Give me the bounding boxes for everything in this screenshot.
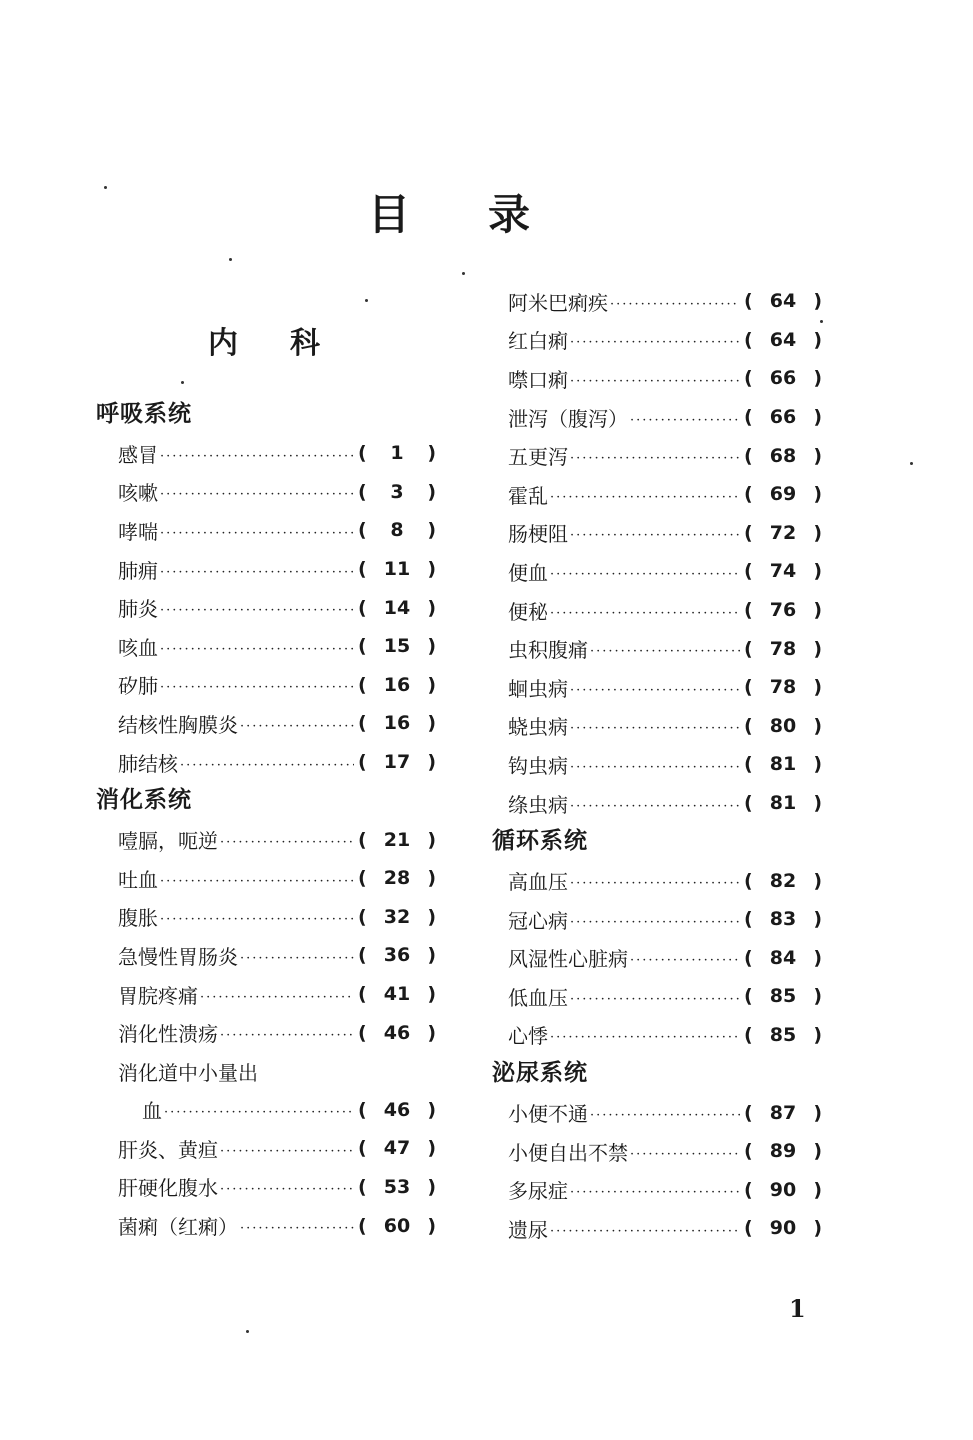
entry-page-number: 72 bbox=[753, 522, 814, 544]
leader-dots: ········································… bbox=[630, 414, 740, 427]
entry-title: 感冒 bbox=[118, 439, 158, 468]
toc-entry[interactable]: 钩虫病·····································… bbox=[492, 745, 822, 784]
toc-entry[interactable]: 肝硬化腹水···································… bbox=[96, 1168, 436, 1207]
title-char-2: 录 bbox=[488, 182, 530, 242]
leader-dots: ········································… bbox=[630, 954, 740, 967]
entry-title: 消化性溃疡 bbox=[118, 1018, 218, 1047]
leader-dots: ········································… bbox=[240, 1222, 354, 1235]
close-paren: ) bbox=[427, 1022, 436, 1044]
department-char-2: 科 bbox=[290, 326, 320, 361]
toc-entry[interactable]: 肺结核·····································… bbox=[96, 743, 436, 782]
scan-speck bbox=[229, 258, 232, 261]
entry-page-number: 68 bbox=[753, 445, 814, 467]
leader-dots: ········································… bbox=[220, 1183, 354, 1196]
open-paren: ( bbox=[744, 367, 753, 389]
entry-title: 霍乱 bbox=[508, 480, 548, 509]
entry-page-number: 87 bbox=[753, 1102, 814, 1124]
entry-page-number: 66 bbox=[753, 406, 814, 428]
toc-entry[interactable]: 咳嗽······································… bbox=[96, 473, 436, 512]
page-title: 目录 bbox=[368, 182, 530, 242]
scan-speck bbox=[462, 272, 465, 275]
close-paren: ) bbox=[813, 1179, 822, 1201]
entry-page-number: 64 bbox=[753, 290, 814, 312]
entry-title: 心悸 bbox=[508, 1020, 548, 1049]
leader-dots: ········································… bbox=[550, 1031, 740, 1044]
entry-page-ref: (46) bbox=[358, 1022, 436, 1044]
close-paren: ) bbox=[813, 290, 822, 312]
entry-title: 冠心病 bbox=[508, 905, 568, 934]
entry-title: 咳嗽 bbox=[118, 477, 158, 506]
open-paren: ( bbox=[358, 1099, 367, 1121]
leader-dots: ········································… bbox=[630, 1148, 740, 1161]
entry-page-ref: (1) bbox=[358, 442, 436, 464]
entry-title: 小便自出不禁 bbox=[508, 1137, 628, 1166]
open-paren: ( bbox=[744, 1217, 753, 1239]
entry-page-ref: (41) bbox=[358, 983, 436, 1005]
close-paren: ) bbox=[427, 635, 436, 657]
entry-title: 泄泻（腹泻） bbox=[508, 403, 628, 432]
leader-dots: ········································… bbox=[220, 836, 354, 849]
close-paren: ) bbox=[427, 867, 436, 889]
entry-page-number: 41 bbox=[367, 983, 428, 1005]
entry-page-number: 90 bbox=[753, 1179, 814, 1201]
close-paren: ) bbox=[813, 870, 822, 892]
entry-title: 高血压 bbox=[508, 866, 568, 895]
entry-page-number: 76 bbox=[753, 599, 814, 621]
leader-dots: ········································… bbox=[570, 1186, 740, 1199]
entry-page-number: 81 bbox=[753, 753, 814, 775]
entry-page-number: 82 bbox=[753, 870, 814, 892]
toc-entry[interactable]: 肠梗阻·····································… bbox=[492, 514, 822, 553]
entry-title: 蛔虫病 bbox=[508, 673, 568, 702]
leader-dots: ········································… bbox=[610, 298, 740, 311]
entry-title: 哮喘 bbox=[118, 516, 158, 545]
entry-page-ref: (81) bbox=[744, 792, 822, 814]
entry-title: 肠梗阻 bbox=[508, 518, 568, 547]
toc-entry[interactable]: 阿米巴痢疾···································… bbox=[492, 282, 822, 321]
close-paren: ) bbox=[427, 558, 436, 580]
entry-page-number: 78 bbox=[753, 676, 814, 698]
close-paren: ) bbox=[813, 560, 822, 582]
entry-page-number: 1 bbox=[367, 442, 428, 464]
open-paren: ( bbox=[358, 519, 367, 541]
toc-entry[interactable]: 腹胀······································… bbox=[96, 898, 436, 937]
entry-title: 阿米巴痢疾 bbox=[508, 287, 608, 316]
toc-entry[interactable]: 低血压·····································… bbox=[492, 977, 822, 1016]
entry-page-ref: (16) bbox=[358, 674, 436, 696]
toc-entry[interactable]: 吐血······································… bbox=[96, 859, 436, 898]
leader-dots: ········································… bbox=[160, 450, 354, 463]
close-paren: ) bbox=[427, 442, 436, 464]
close-paren: ) bbox=[813, 1102, 822, 1124]
open-paren: ( bbox=[358, 944, 367, 966]
close-paren: ) bbox=[427, 944, 436, 966]
toc-entry[interactable]: 血·······································… bbox=[96, 1091, 436, 1130]
leader-dots: ········································… bbox=[160, 566, 354, 579]
leader-dots: ········································… bbox=[570, 684, 740, 697]
leader-dots: ········································… bbox=[570, 993, 740, 1006]
entry-page-number: 46 bbox=[367, 1099, 428, 1121]
close-paren: ) bbox=[427, 983, 436, 1005]
entry-page-number: 14 bbox=[367, 597, 428, 619]
page-number: 1 bbox=[789, 1294, 806, 1323]
leader-dots: ········································… bbox=[160, 681, 354, 694]
entry-page-number: 32 bbox=[367, 906, 428, 928]
entry-page-ref: (74) bbox=[744, 560, 822, 582]
leader-dots: ········································… bbox=[550, 607, 740, 620]
entry-page-ref: (69) bbox=[744, 483, 822, 505]
entry-page-ref: (16) bbox=[358, 712, 436, 734]
entry-page-number: 64 bbox=[753, 329, 814, 351]
open-paren: ( bbox=[358, 867, 367, 889]
scan-speck bbox=[910, 462, 913, 465]
toc-entry[interactable]: 噤口痢·····································… bbox=[492, 359, 822, 398]
leader-dots: ········································… bbox=[570, 529, 740, 542]
entry-page-number: 84 bbox=[753, 947, 814, 969]
entry-page-number: 16 bbox=[367, 712, 428, 734]
entry-page-ref: (17) bbox=[358, 751, 436, 773]
entry-page-number: 15 bbox=[367, 635, 428, 657]
open-paren: ( bbox=[744, 792, 753, 814]
close-paren: ) bbox=[813, 1217, 822, 1239]
close-paren: ) bbox=[427, 674, 436, 696]
entry-title: 便秘 bbox=[508, 596, 548, 625]
close-paren: ) bbox=[813, 1024, 822, 1046]
entry-title: 咳血 bbox=[118, 632, 158, 661]
section-heading: 循环系统 bbox=[492, 822, 822, 861]
open-paren: ( bbox=[358, 635, 367, 657]
leader-dots: ········································… bbox=[590, 1109, 740, 1122]
leader-dots: ········································… bbox=[570, 800, 740, 813]
close-paren: ) bbox=[427, 519, 436, 541]
toc-entry[interactable]: 便秘······································… bbox=[492, 591, 822, 630]
entry-title: 结核性胸膜炎 bbox=[118, 709, 238, 738]
scan-speck bbox=[181, 381, 184, 384]
leader-dots: ········································… bbox=[240, 720, 354, 733]
toc-entry[interactable]: 蛔虫病·····································… bbox=[492, 668, 822, 707]
entry-page-ref: (72) bbox=[744, 522, 822, 544]
entry-title: 绦虫病 bbox=[508, 789, 568, 818]
close-paren: ) bbox=[813, 676, 822, 698]
entry-page-ref: (53) bbox=[358, 1176, 436, 1198]
entry-page-number: 66 bbox=[753, 367, 814, 389]
toc-entry[interactable]: 多尿症·····································… bbox=[492, 1170, 822, 1209]
close-paren: ) bbox=[813, 947, 822, 969]
toc-entry[interactable]: 感冒······································… bbox=[96, 434, 436, 473]
close-paren: ) bbox=[813, 483, 822, 505]
leader-dots: ········································… bbox=[220, 1029, 354, 1042]
entry-title: 肺炎 bbox=[118, 593, 158, 622]
entry-page-ref: (76) bbox=[744, 599, 822, 621]
close-paren: ) bbox=[813, 985, 822, 1007]
open-paren: ( bbox=[358, 829, 367, 851]
entry-title: 蛲虫病 bbox=[508, 711, 568, 740]
entry-page-number: 46 bbox=[367, 1022, 428, 1044]
leader-dots: ········································… bbox=[550, 568, 740, 581]
leader-dots: ········································… bbox=[160, 643, 354, 656]
scan-speck bbox=[820, 320, 823, 323]
section-heading: 呼吸系统 bbox=[96, 395, 436, 434]
close-paren: ) bbox=[427, 829, 436, 851]
entry-page-ref: (84) bbox=[744, 947, 822, 969]
leader-dots: ········································… bbox=[164, 1106, 354, 1119]
entry-page-number: 80 bbox=[753, 715, 814, 737]
entry-page-ref: (3) bbox=[358, 481, 436, 503]
close-paren: ) bbox=[813, 367, 822, 389]
open-paren: ( bbox=[744, 522, 753, 544]
entry-page-number: 69 bbox=[753, 483, 814, 505]
title-char-1: 目 bbox=[368, 182, 410, 242]
toc-entry[interactable]: 小便不通····································… bbox=[492, 1093, 822, 1132]
toc-entry[interactable]: 肺痈······································… bbox=[96, 550, 436, 589]
close-paren: ) bbox=[427, 1099, 436, 1121]
entry-page-number: 47 bbox=[367, 1137, 428, 1159]
toc-entry[interactable]: 绦虫病·····································… bbox=[492, 784, 822, 823]
entry-page-ref: (8) bbox=[358, 519, 436, 541]
leader-dots: ········································… bbox=[160, 527, 354, 540]
department-char-1: 内 bbox=[208, 326, 238, 361]
toc-entry[interactable]: 矽肺······································… bbox=[96, 666, 436, 705]
entry-title: 矽肺 bbox=[118, 670, 158, 699]
open-paren: ( bbox=[744, 290, 753, 312]
close-paren: ) bbox=[427, 906, 436, 928]
close-paren: ) bbox=[813, 753, 822, 775]
entry-page-ref: (32) bbox=[358, 906, 436, 928]
open-paren: ( bbox=[744, 1140, 753, 1162]
leader-dots: ········································… bbox=[570, 722, 740, 735]
entry-title: 肝硬化腹水 bbox=[118, 1172, 218, 1201]
open-paren: ( bbox=[744, 985, 753, 1007]
entry-page-ref: (82) bbox=[744, 870, 822, 892]
entry-page-ref: (64) bbox=[744, 290, 822, 312]
toc-entry[interactable]: 小便自出不禁··································… bbox=[492, 1132, 822, 1171]
leader-dots: ········································… bbox=[160, 875, 354, 888]
right-column: 阿米巴痢疾···································… bbox=[492, 282, 822, 1248]
leader-dots: ········································… bbox=[570, 877, 740, 890]
open-paren: ( bbox=[358, 906, 367, 928]
close-paren: ) bbox=[813, 792, 822, 814]
entry-title: 急慢性胃肠炎 bbox=[118, 941, 238, 970]
toc-entry[interactable]: 哮喘······································… bbox=[96, 511, 436, 550]
toc-entry[interactable]: 泄泻（腹泻）··································… bbox=[492, 398, 822, 437]
entry-title: 消化道中小量出 bbox=[118, 1057, 258, 1086]
department-heading: 内科 bbox=[208, 318, 320, 362]
toc-entry[interactable]: 风湿性心脏病··································… bbox=[492, 939, 822, 978]
leader-dots: ········································… bbox=[570, 336, 740, 349]
close-paren: ) bbox=[427, 751, 436, 773]
leader-dots: ········································… bbox=[570, 916, 740, 929]
leader-dots: ········································… bbox=[240, 952, 354, 965]
open-paren: ( bbox=[358, 751, 367, 773]
open-paren: ( bbox=[744, 406, 753, 428]
entry-title: 便血 bbox=[508, 557, 548, 586]
entry-page-ref: (90) bbox=[744, 1217, 822, 1239]
open-paren: ( bbox=[744, 560, 753, 582]
section-heading: 消化系统 bbox=[96, 781, 436, 820]
entry-page-ref: (11) bbox=[358, 558, 436, 580]
toc-entry[interactable]: 咳血······································… bbox=[96, 627, 436, 666]
toc-entry[interactable]: 消化道中小量出·································… bbox=[96, 1052, 436, 1091]
toc-entry[interactable]: 急慢性胃肠炎··································… bbox=[96, 936, 436, 975]
entry-page-ref: (81) bbox=[744, 753, 822, 775]
entry-page-number: 60 bbox=[367, 1215, 428, 1237]
entry-page-ref: (83) bbox=[744, 908, 822, 930]
entry-page-ref: (15) bbox=[358, 635, 436, 657]
entry-page-number: 36 bbox=[367, 944, 428, 966]
entry-page-ref: (46) bbox=[358, 1099, 436, 1121]
entry-title: 肺痈 bbox=[118, 555, 158, 584]
open-paren: ( bbox=[358, 481, 367, 503]
close-paren: ) bbox=[813, 1140, 822, 1162]
entry-page-ref: (64) bbox=[744, 329, 822, 351]
entry-title: 红白痢 bbox=[508, 325, 568, 354]
entry-page-ref: (21) bbox=[358, 829, 436, 851]
toc-entry[interactable]: 肝炎、黄疸···································… bbox=[96, 1129, 436, 1168]
toc-entry[interactable]: 心悸······································… bbox=[492, 1016, 822, 1055]
entry-page-ref: (47) bbox=[358, 1137, 436, 1159]
entry-page-ref: (78) bbox=[744, 676, 822, 698]
leader-dots: ········································… bbox=[550, 491, 740, 504]
entry-page-ref: (14) bbox=[358, 597, 436, 619]
entry-title: 五更泻 bbox=[508, 441, 568, 470]
entry-page-number: 74 bbox=[753, 560, 814, 582]
open-paren: ( bbox=[358, 597, 367, 619]
section-heading: 泌尿系统 bbox=[492, 1054, 822, 1093]
toc-entry[interactable]: 冠心病·····································… bbox=[492, 900, 822, 939]
open-paren: ( bbox=[358, 1176, 367, 1198]
open-paren: ( bbox=[358, 1137, 367, 1159]
toc-entry[interactable]: 红白痢·····································… bbox=[492, 321, 822, 360]
leader-dots: ········································… bbox=[160, 488, 354, 501]
open-paren: ( bbox=[744, 676, 753, 698]
open-paren: ( bbox=[744, 753, 753, 775]
open-paren: ( bbox=[744, 445, 753, 467]
open-paren: ( bbox=[744, 1179, 753, 1201]
leader-dots: ········································… bbox=[570, 452, 740, 465]
open-paren: ( bbox=[358, 983, 367, 1005]
toc-entry[interactable]: 虫积腹痛····································… bbox=[492, 629, 822, 668]
entry-page-ref: (36) bbox=[358, 944, 436, 966]
close-paren: ) bbox=[813, 445, 822, 467]
entry-page-number: 11 bbox=[367, 558, 428, 580]
entry-page-number: 89 bbox=[753, 1140, 814, 1162]
entry-page-ref: (60) bbox=[358, 1215, 436, 1237]
entry-title: 小便不通 bbox=[508, 1098, 588, 1127]
entry-title: 血 bbox=[142, 1095, 162, 1124]
close-paren: ) bbox=[813, 715, 822, 737]
entry-page-number: 16 bbox=[367, 674, 428, 696]
entry-title: 肺结核 bbox=[118, 748, 178, 777]
entry-page-ref: (87) bbox=[744, 1102, 822, 1124]
entry-title: 胃脘疼痛 bbox=[118, 980, 198, 1009]
open-paren: ( bbox=[744, 870, 753, 892]
open-paren: ( bbox=[358, 442, 367, 464]
open-paren: ( bbox=[358, 674, 367, 696]
entry-title: 多尿症 bbox=[508, 1175, 568, 1204]
entry-title: 吐血 bbox=[118, 864, 158, 893]
entry-page-ref: (66) bbox=[744, 406, 822, 428]
entry-page-number: 85 bbox=[753, 1024, 814, 1046]
entry-page-ref: (80) bbox=[744, 715, 822, 737]
entry-title: 虫积腹痛 bbox=[508, 634, 588, 663]
close-paren: ) bbox=[427, 597, 436, 619]
toc-entry[interactable]: 噎膈，呃逆···································… bbox=[96, 820, 436, 859]
close-paren: ) bbox=[813, 329, 822, 351]
toc-entry[interactable]: 结核性胸膜炎··································… bbox=[96, 704, 436, 743]
entry-page-number: 81 bbox=[753, 792, 814, 814]
open-paren: ( bbox=[744, 329, 753, 351]
entry-title: 菌痢（红痢） bbox=[118, 1211, 238, 1240]
open-paren: ( bbox=[744, 908, 753, 930]
toc-entry[interactable]: 便血······································… bbox=[492, 552, 822, 591]
entry-title: 肝炎、黄疸 bbox=[118, 1134, 218, 1163]
leader-dots: ········································… bbox=[160, 913, 354, 926]
entry-title: 腹胀 bbox=[118, 902, 158, 931]
close-paren: ) bbox=[813, 908, 822, 930]
entry-page-number: 28 bbox=[367, 867, 428, 889]
toc-entry[interactable]: 遗尿······································… bbox=[492, 1209, 822, 1248]
entry-page-number: 83 bbox=[753, 908, 814, 930]
open-paren: ( bbox=[744, 715, 753, 737]
open-paren: ( bbox=[744, 1102, 753, 1124]
entry-page-number: 3 bbox=[367, 481, 428, 503]
open-paren: ( bbox=[358, 558, 367, 580]
close-paren: ) bbox=[427, 481, 436, 503]
entry-page-number: 8 bbox=[367, 519, 428, 541]
open-paren: ( bbox=[744, 1024, 753, 1046]
toc-entry[interactable]: 蛲虫病·····································… bbox=[492, 707, 822, 746]
open-paren: ( bbox=[744, 483, 753, 505]
close-paren: ) bbox=[813, 599, 822, 621]
open-paren: ( bbox=[358, 712, 367, 734]
leader-dots: ········································… bbox=[220, 1145, 354, 1158]
entry-page-ref: (85) bbox=[744, 1024, 822, 1046]
leader-dots: ········································… bbox=[180, 759, 354, 772]
toc-entry[interactable]: 肺炎······································… bbox=[96, 588, 436, 627]
leader-dots: ········································… bbox=[160, 604, 354, 617]
toc-entry[interactable]: 霍乱······································… bbox=[492, 475, 822, 514]
close-paren: ) bbox=[427, 1137, 436, 1159]
entry-page-number: 17 bbox=[367, 751, 428, 773]
entry-page-ref: (66) bbox=[744, 367, 822, 389]
open-paren: ( bbox=[744, 947, 753, 969]
entry-page-ref: (89) bbox=[744, 1140, 822, 1162]
entry-page-number: 78 bbox=[753, 638, 814, 660]
toc-entry[interactable]: 高血压·····································… bbox=[492, 861, 822, 900]
leader-dots: ········································… bbox=[590, 645, 740, 658]
entry-title: 遗尿 bbox=[508, 1214, 548, 1243]
toc-entry[interactable]: 胃脘疼痛····································… bbox=[96, 975, 436, 1014]
toc-entry[interactable]: 菌痢（红痢）··································… bbox=[96, 1206, 436, 1245]
close-paren: ) bbox=[427, 1176, 436, 1198]
entry-page-ref: (68) bbox=[744, 445, 822, 467]
leader-dots: ········································… bbox=[570, 375, 740, 388]
entry-page-ref: (28) bbox=[358, 867, 436, 889]
toc-entry[interactable]: 五更泻·····································… bbox=[492, 436, 822, 475]
open-paren: ( bbox=[358, 1022, 367, 1044]
left-column: 呼吸系统感冒··································… bbox=[96, 395, 436, 1245]
toc-entry[interactable]: 消化性溃疡···································… bbox=[96, 1013, 436, 1052]
leader-dots: ········································… bbox=[570, 761, 740, 774]
close-paren: ) bbox=[813, 406, 822, 428]
entry-page-ref: (78) bbox=[744, 638, 822, 660]
leader-dots: ········································… bbox=[550, 1225, 740, 1238]
entry-title: 噎膈，呃逆 bbox=[118, 825, 218, 854]
scan-speck bbox=[365, 299, 368, 302]
entry-page-number: 85 bbox=[753, 985, 814, 1007]
entry-page-number: 90 bbox=[753, 1217, 814, 1239]
close-paren: ) bbox=[813, 522, 822, 544]
